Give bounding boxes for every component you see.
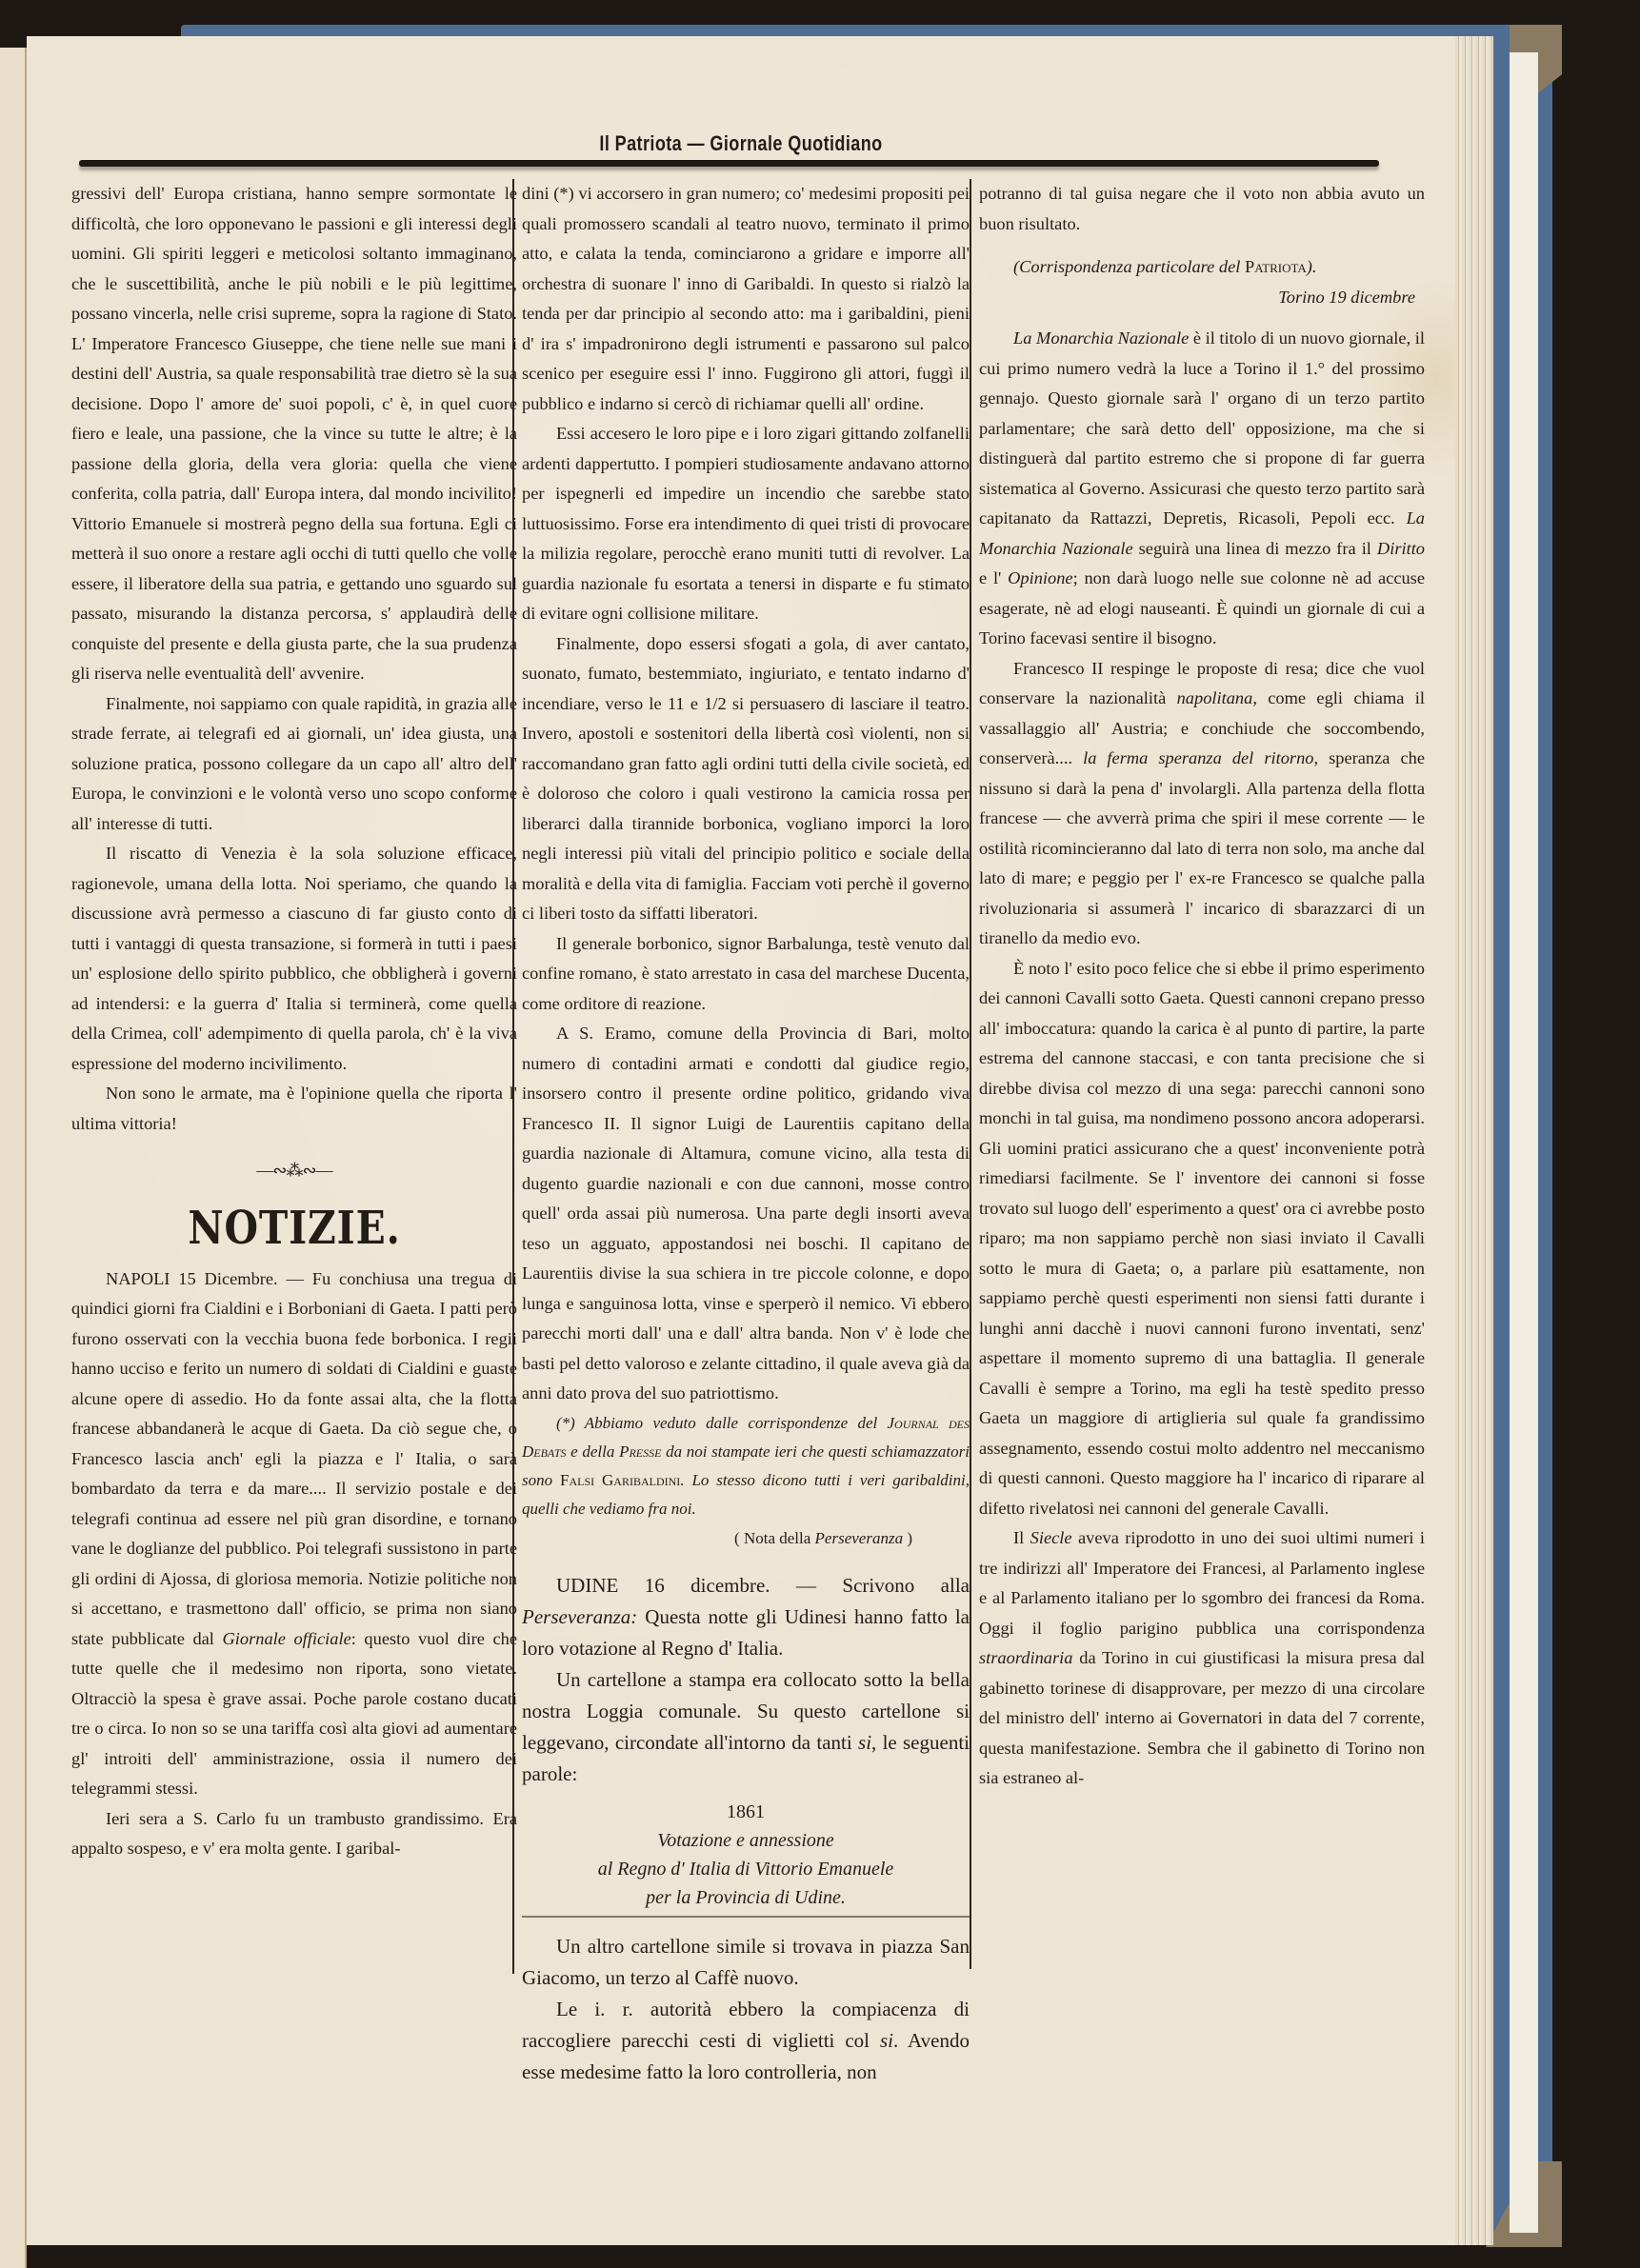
paragraph: Essi accesero le loro pipe e i loro ziga… xyxy=(522,419,970,629)
placard-year: 1861 xyxy=(522,1798,970,1826)
placard-line: Votazione e annessione xyxy=(522,1826,970,1855)
paragraph: potranno di tal guisa negare che il voto… xyxy=(979,179,1425,239)
running-header: Il Patriota — Giornale Quotidiano xyxy=(155,131,1327,156)
header-rule xyxy=(79,160,1379,167)
column-1: gressivi dell' Europa cristiana, hanno s… xyxy=(71,179,517,1864)
placard-line: al Regno d' Italia di Vittorio Emanuele xyxy=(522,1855,970,1883)
column-2: dini (*) vi accorsero in gran numero; co… xyxy=(522,179,970,2088)
footnote: (*) Abbiamo veduto dalle corrispondenze … xyxy=(522,1409,970,1523)
page-stack-edges xyxy=(1455,36,1493,2245)
paragraph: Un altro cartellone simile si trovava in… xyxy=(522,1931,970,1994)
italic-ref: Giornale officiale xyxy=(223,1629,351,1648)
dateline: Torino 19 dicembre xyxy=(979,283,1425,313)
paragraph: Francesco II respinge le proposte di res… xyxy=(979,654,1425,954)
divider xyxy=(522,1916,970,1918)
placard-line: per la Provincia di Udine. xyxy=(522,1883,970,1912)
paragraph: Il generale borbonico, signor Barbalunga… xyxy=(522,929,970,1020)
paragraph: Non sono le armate, ma è l'opinione quel… xyxy=(71,1079,517,1139)
paragraph: Finalmente, noi sappiamo con quale rapid… xyxy=(71,689,517,840)
column-3: potranno di tal guisa negare che il voto… xyxy=(979,179,1425,1794)
footnote-signature: ( Nota della Perseveranza ) xyxy=(522,1523,970,1554)
paragraph: A S. Eramo, comune della Provincia di Ba… xyxy=(522,1019,970,1409)
paragraph: Ieri sera a S. Carlo fu un trambusto gra… xyxy=(71,1804,517,1864)
paragraph: dini (*) vi accorsero in gran numero; co… xyxy=(522,179,970,419)
paragraph: È noto l' esito poco felice che si ebbe … xyxy=(979,954,1425,1524)
blank-page-edge xyxy=(1510,52,1538,2233)
news-item-napoli: NAPOLI 15 Dicembre. — Fu conchiusa una t… xyxy=(71,1264,517,1804)
newspaper-page: Il Patriota — Giornale Quotidiano gressi… xyxy=(27,36,1455,2245)
paragraph: La Monarchia Nazionale è il titolo di un… xyxy=(979,324,1425,654)
paragraph: Il Siecle aveva riprodotto in uno dei su… xyxy=(979,1523,1425,1794)
ornament-divider: —∾⁂∾— xyxy=(71,1156,517,1186)
paragraph: Il riscatto di Venezia è la sola soluzio… xyxy=(71,839,517,1079)
news-item-udine: UDINE 16 dicembre. — Scrivono alla Perse… xyxy=(522,1570,970,1664)
paragraph: Finalmente, dopo essersi sfogati a gola,… xyxy=(522,629,970,929)
column-rule-2 xyxy=(970,179,971,1969)
paragraph: gressivi dell' Europa cristiana, hanno s… xyxy=(71,179,517,689)
facing-page-edge xyxy=(0,48,27,2268)
paragraph: Le i. r. autorità ebbero la compiacenza … xyxy=(522,1994,970,2088)
paragraph: Un cartellone a stampa era collocato sot… xyxy=(522,1664,970,1790)
correspondence-heading: (Corrispondenza particolare del Patriota… xyxy=(979,252,1425,283)
section-title-notizie: NOTIZIE. xyxy=(105,1200,484,1257)
